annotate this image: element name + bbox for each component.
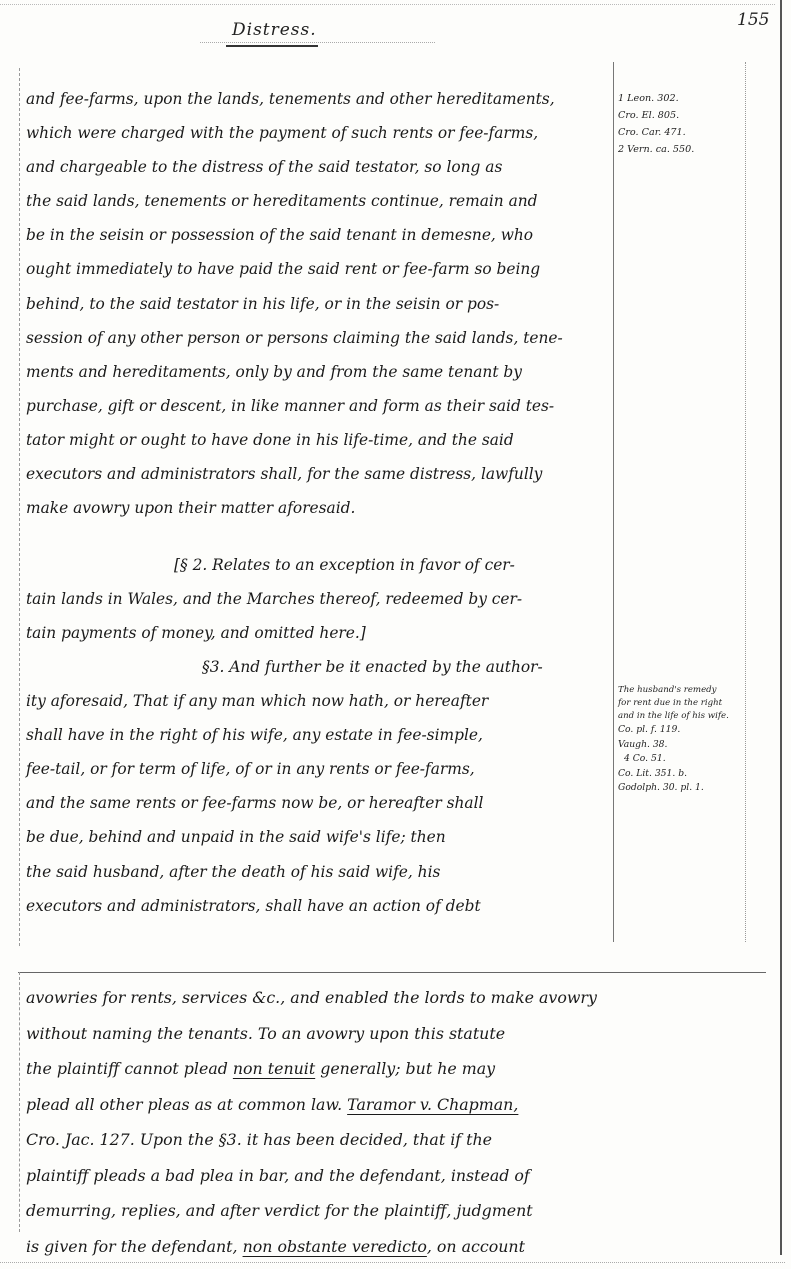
citation: Godolph. 30. pl. 1. xyxy=(618,781,746,796)
text-line: make avowry upon their matter aforesaid. xyxy=(26,491,611,525)
underlined-text: Taramor v. Chapman, xyxy=(347,1095,518,1114)
text-line: ought immediately to have paid the said … xyxy=(26,252,611,286)
margin-citations-1: 1 Leon. 302. Cro. El. 805. Cro. Car. 471… xyxy=(618,90,743,158)
text-line: behind, to the said testator in his life… xyxy=(26,287,611,321)
commentary-line: plaintiff pleads a bad plea in bar, and … xyxy=(26,1158,786,1194)
text: demurring, replies, and after verdict fo… xyxy=(26,1201,533,1220)
commentary-block: avowries for rents, services &c., and en… xyxy=(26,980,786,1264)
text-line: which were charged with the payment of s… xyxy=(26,116,611,150)
citation: Co. pl. f. 119. xyxy=(618,723,746,738)
left-margin-rule xyxy=(19,68,20,946)
text-line: and chargeable to the distress of the sa… xyxy=(26,150,611,184)
text: , on account xyxy=(427,1237,525,1256)
margin-heading-line: The husband's remedy xyxy=(618,684,746,697)
margin-notes-2: The husband's remedy for rent due in the… xyxy=(618,684,746,796)
text-line: be in the seisin or possession of the sa… xyxy=(26,218,611,252)
text-line: purchase, gift or descent, in like manne… xyxy=(26,389,611,423)
text-line: and the same rents or fee-farms now be, … xyxy=(26,786,611,820)
citation: Cro. El. 805. xyxy=(618,107,743,124)
text-line: fee-tail, or for term of life, of or in … xyxy=(26,752,611,786)
text-line: ity aforesaid, That if any man which now… xyxy=(26,684,611,718)
text-line: executors and administrators, shall have… xyxy=(26,889,611,923)
section-2-note: [§ 2. Relates to an exception in favor o… xyxy=(26,548,611,650)
statute-paragraph-1: and fee-farms, upon the lands, tenements… xyxy=(26,82,611,525)
citation: 2 Vern. ca. 550. xyxy=(618,141,743,158)
citation: Co. Lit. 351. b. xyxy=(618,767,746,782)
text-line: be due, behind and unpaid in the said wi… xyxy=(26,820,611,854)
text: plead all other pleas as at common law. xyxy=(26,1095,347,1114)
citation: 1 Leon. 302. xyxy=(618,90,743,107)
text-line: tator might or ought to have done in his… xyxy=(26,423,611,457)
text-line: executors and administrators shall, for … xyxy=(26,457,611,491)
margin-heading-line: for rent due in the right xyxy=(618,697,746,710)
page-number: 155 xyxy=(737,10,769,30)
text-line: the said husband, after the death of his… xyxy=(26,855,611,889)
text-line: the said lands, tenements or hereditamen… xyxy=(26,184,611,218)
text: generally; but he may xyxy=(315,1059,495,1078)
text-line: tain lands in Wales, and the Marches the… xyxy=(26,582,611,616)
citation: Vaugh. 38. xyxy=(618,738,746,753)
commentary-line: avowries for rents, services &c., and en… xyxy=(26,980,786,1016)
commentary-line: plead all other pleas as at common law. … xyxy=(26,1087,786,1123)
manuscript-page: Distress. 155 and fee-farms, upon the la… xyxy=(0,0,791,1269)
citation: Cro. Car. 471. xyxy=(618,124,743,141)
text: the plaintiff cannot plead xyxy=(26,1059,233,1078)
margin-heading-line: and in the life of his wife. xyxy=(618,710,746,723)
underlined-text: non obstante veredicto xyxy=(243,1237,427,1256)
text: avowries for rents, services &c., and en… xyxy=(26,988,597,1007)
commentary-line: without naming the tenants. To an avowry… xyxy=(26,1016,786,1052)
title-rule xyxy=(200,42,435,43)
commentary-line: Cro. Jac. 127. Upon the §3. it has been … xyxy=(26,1122,786,1158)
page-title: Distress. xyxy=(232,20,317,40)
page-bottom-edge xyxy=(0,1262,785,1263)
notes-column-rule xyxy=(745,62,746,942)
text-line: ments and hereditaments, only by and fro… xyxy=(26,355,611,389)
commentary-line: the plaintiff cannot plead non tenuit ge… xyxy=(26,1051,786,1087)
citation: 4 Co. 51. xyxy=(618,752,746,767)
left-margin-rule-bottom xyxy=(19,972,20,1232)
page-top-edge xyxy=(0,4,775,5)
commentary-line: demurring, replies, and after verdict fo… xyxy=(26,1193,786,1229)
text-line: §3. And further be it enacted by the aut… xyxy=(26,650,611,684)
text: without naming the tenants. To an avowry… xyxy=(26,1024,505,1043)
commentary-line: is given for the defendant, non obstante… xyxy=(26,1229,786,1265)
text-line: tain payments of money, and omitted here… xyxy=(26,616,611,650)
underlined-text: non tenuit xyxy=(233,1059,315,1078)
text: is given for the defendant, xyxy=(26,1237,243,1256)
text: plaintiff pleads a bad plea in bar, and … xyxy=(26,1166,530,1185)
section-divider xyxy=(18,972,766,973)
text-column-rule xyxy=(613,62,614,942)
text-line: session of any other person or persons c… xyxy=(26,321,611,355)
text-line: and fee-farms, upon the lands, tenements… xyxy=(26,82,611,116)
text: Cro. Jac. 127. Upon the §3. it has been … xyxy=(26,1130,492,1149)
title-underline xyxy=(226,45,318,47)
text-line: [§ 2. Relates to an exception in favor o… xyxy=(26,548,611,582)
text-line: shall have in the right of his wife, any… xyxy=(26,718,611,752)
section-3: §3. And further be it enacted by the aut… xyxy=(26,650,611,923)
